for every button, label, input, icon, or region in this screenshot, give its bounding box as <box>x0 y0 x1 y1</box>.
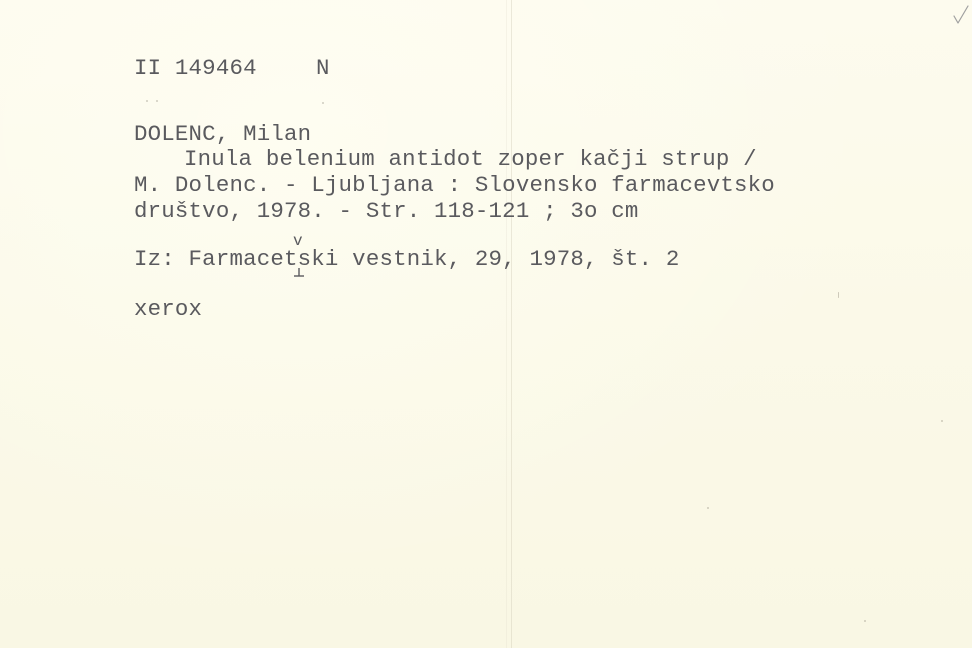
paper-speck <box>864 620 866 622</box>
paper-speck <box>941 420 943 422</box>
paper-speck <box>146 100 148 102</box>
source-note: Iz: Farmacetski vestnik, 29, 1978, št. 2 <box>134 247 679 271</box>
paper-speck <box>838 292 839 298</box>
paper-speck <box>322 102 324 104</box>
strikeout-mark-icon <box>292 268 306 278</box>
title-statement-line-2: M. Dolenc. - Ljubljana : Slovensko farma… <box>134 173 775 197</box>
title-statement-line-3: društvo, 1978. - Str. 118-121 ; 3o cm <box>134 199 639 223</box>
paper-speck <box>707 507 709 509</box>
author-heading: DOLENC, Milan <box>134 122 311 146</box>
fold-line-shadow <box>506 0 507 648</box>
checkmark-icon <box>952 4 970 26</box>
typed-correction-mark: v <box>293 233 303 249</box>
call-number-suffix: N <box>316 56 330 80</box>
catalog-card: II 149464 N DOLENC, Milan Inula belenium… <box>0 0 972 648</box>
title-statement-line-1: Inula belenium antidot zoper kačji strup… <box>184 147 757 171</box>
paper-speck <box>156 100 158 102</box>
fold-line <box>511 0 512 648</box>
call-number: II 149464 <box>134 56 257 80</box>
format-note: xerox <box>134 297 202 321</box>
